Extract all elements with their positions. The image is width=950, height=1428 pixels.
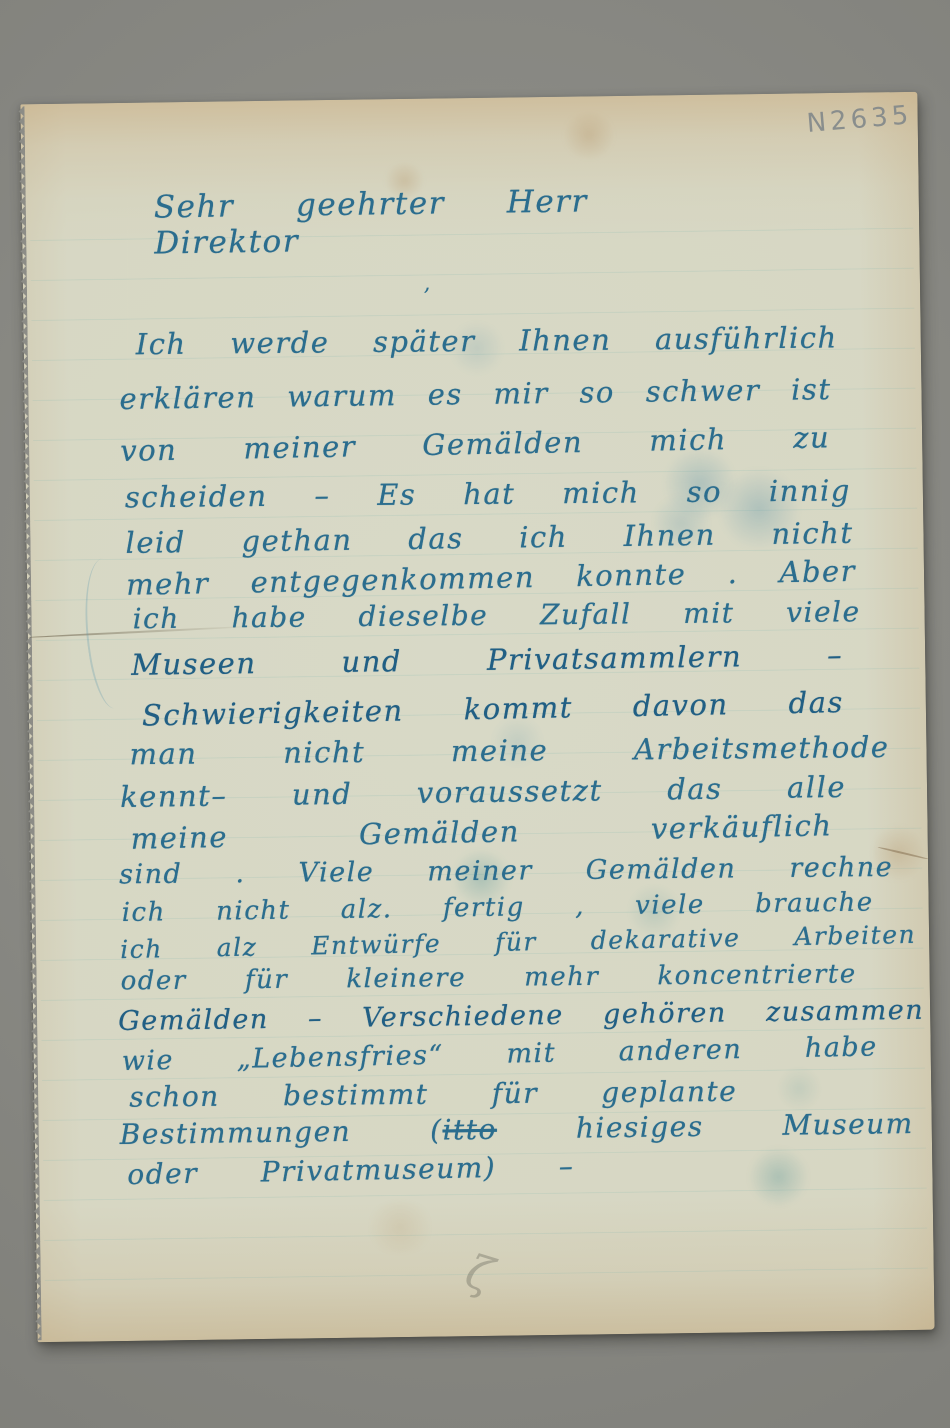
handwriting-segment: Bestimmungen ( <box>120 1114 443 1152</box>
handwriting-line: Schwierigkeiten kommt davon das <box>142 686 845 733</box>
handwriting-line: meine Gemälden verkäuflich <box>130 809 833 856</box>
pencil-smudge: ζ <box>459 1244 499 1303</box>
handwriting-line: schon bestimmt für geplante <box>129 1076 737 1114</box>
handwriting-line: wie „Lebensfries“ mit anderen habe <box>121 1031 877 1077</box>
scan-background: { "archive": { "inventory_number": "N263… <box>0 0 950 1428</box>
handwriting-line: man nicht meine Arbeitsmethode <box>129 731 889 772</box>
salutation-line: Sehr geehrter Herr Direktor <box>154 184 589 261</box>
stray-ink-mark: ’ <box>423 285 430 310</box>
inventory-number: N2635 <box>806 100 914 139</box>
ink-smudge <box>776 1065 823 1112</box>
handwriting-line: von meiner Gemälden mich zu <box>120 421 831 468</box>
handwriting-line: oder Privatmuseum) – <box>127 1151 575 1192</box>
handwriting-line: oder für kleinere mehr koncentrierte <box>121 960 857 997</box>
foxing-spot <box>364 1201 437 1254</box>
handwriting-line: scheiden – Es hat mich so innig <box>125 474 851 514</box>
handwriting-body: Ich werde später Ihnen ausführlicherklär… <box>20 92 917 105</box>
perforated-edge <box>18 106 41 1340</box>
handwriting-line: erklären warum es mir so schwer ist <box>119 373 831 416</box>
handwriting-line: Ich werde später Ihnen ausführlich <box>136 321 838 361</box>
handwriting-line: sind . Viele meiner Gemälden rechne <box>119 852 893 890</box>
foxing-spot <box>561 112 618 159</box>
handwriting-segment: hiesiges Museum <box>497 1107 914 1146</box>
handwriting-line: Museen und Privatsammlern – <box>131 639 843 682</box>
ink-smudge <box>747 1145 810 1208</box>
letter-page: ζ N2635 Sehr geehrter Herr Direktor ’ Ic… <box>20 92 934 1342</box>
handwriting-line: ich alz Entwürfe für dekarative Arbeiten <box>120 921 916 965</box>
handwriting-line: Bestimmungen (itto hiesiges Museum <box>120 1108 914 1151</box>
handwriting-line: kennt– und voraussetzt das alle <box>120 771 846 814</box>
handwriting-line: leid gethan das ich Ihnen nicht <box>125 517 853 561</box>
handwriting-line: mehr entgegenkommen konnte . Aber <box>126 555 857 602</box>
struck-word: itto <box>442 1113 497 1147</box>
handwriting-line: Gemälden – Verschiedene gehören zusammen <box>118 995 924 1037</box>
handwriting-line: ich habe dieselbe Zufall mit viele <box>132 596 860 635</box>
